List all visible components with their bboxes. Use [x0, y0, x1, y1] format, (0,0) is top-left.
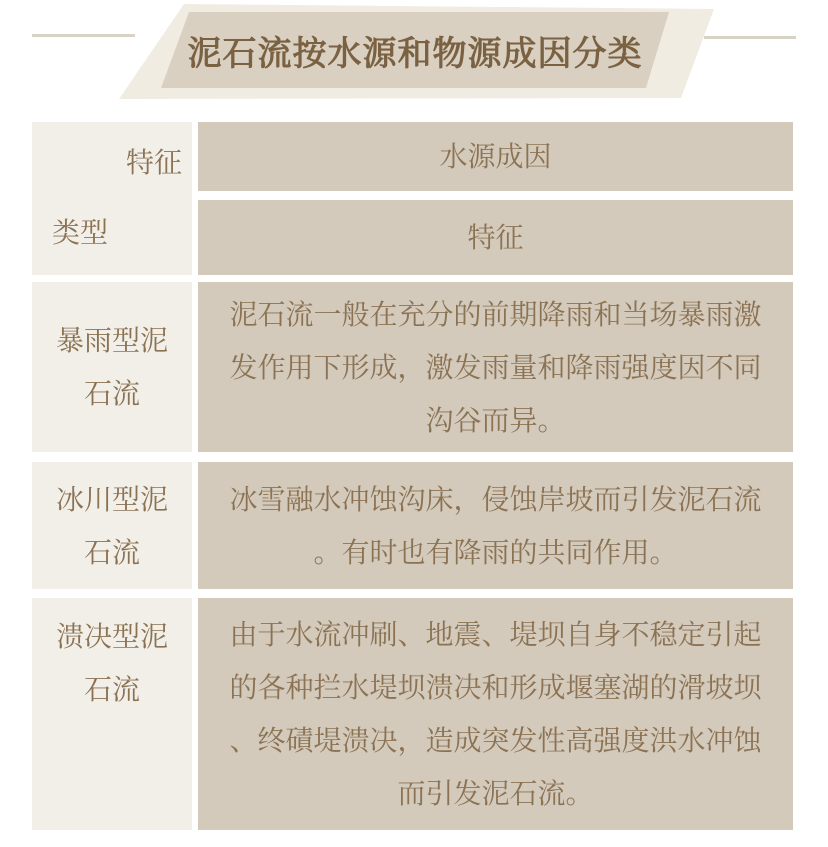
table-corner-cell: 特征 类型 — [32, 122, 192, 275]
row-type-glacier: 冰川型泥 石流 — [32, 462, 192, 589]
row-description-outburst: 由于水流冲刷、地震、堤坝自身不稳定引起 的各种拦水堤坝溃决和形成堰塞湖的滑坡坝 … — [198, 598, 793, 830]
page-title: 泥石流按水源和物源成因分类 — [161, 12, 669, 88]
infographic-page: 泥石流按水源和物源成因分类 特征 类型 水源成因 特征 暴雨型泥 石流 泥石流一… — [0, 0, 828, 847]
divider-line-right — [704, 36, 796, 39]
row-type-outburst: 溃决型泥 石流 — [32, 598, 192, 830]
corner-label-characteristic: 特征 — [126, 136, 182, 189]
row-description-glacier: 冰雪融水冲蚀沟床，侵蚀岸坡而引发泥石流 。有时也有降雨的共同作用。 — [198, 462, 793, 589]
header-cell-water-source-cause: 水源成因 — [198, 122, 793, 191]
corner-label-type: 类型 — [52, 206, 108, 259]
classification-table: 特征 类型 水源成因 特征 暴雨型泥 石流 泥石流一般在充分的前期降雨和当场暴雨… — [32, 122, 793, 830]
row-description-rainstorm: 泥石流一般在充分的前期降雨和当场暴雨激 发作用下形成，激发雨量和降雨强度因不同 … — [198, 282, 793, 452]
header-cell-characteristic: 特征 — [198, 200, 793, 275]
row-type-rainstorm: 暴雨型泥 石流 — [32, 282, 192, 452]
title-banner: 泥石流按水源和物源成因分类 — [105, 2, 717, 102]
